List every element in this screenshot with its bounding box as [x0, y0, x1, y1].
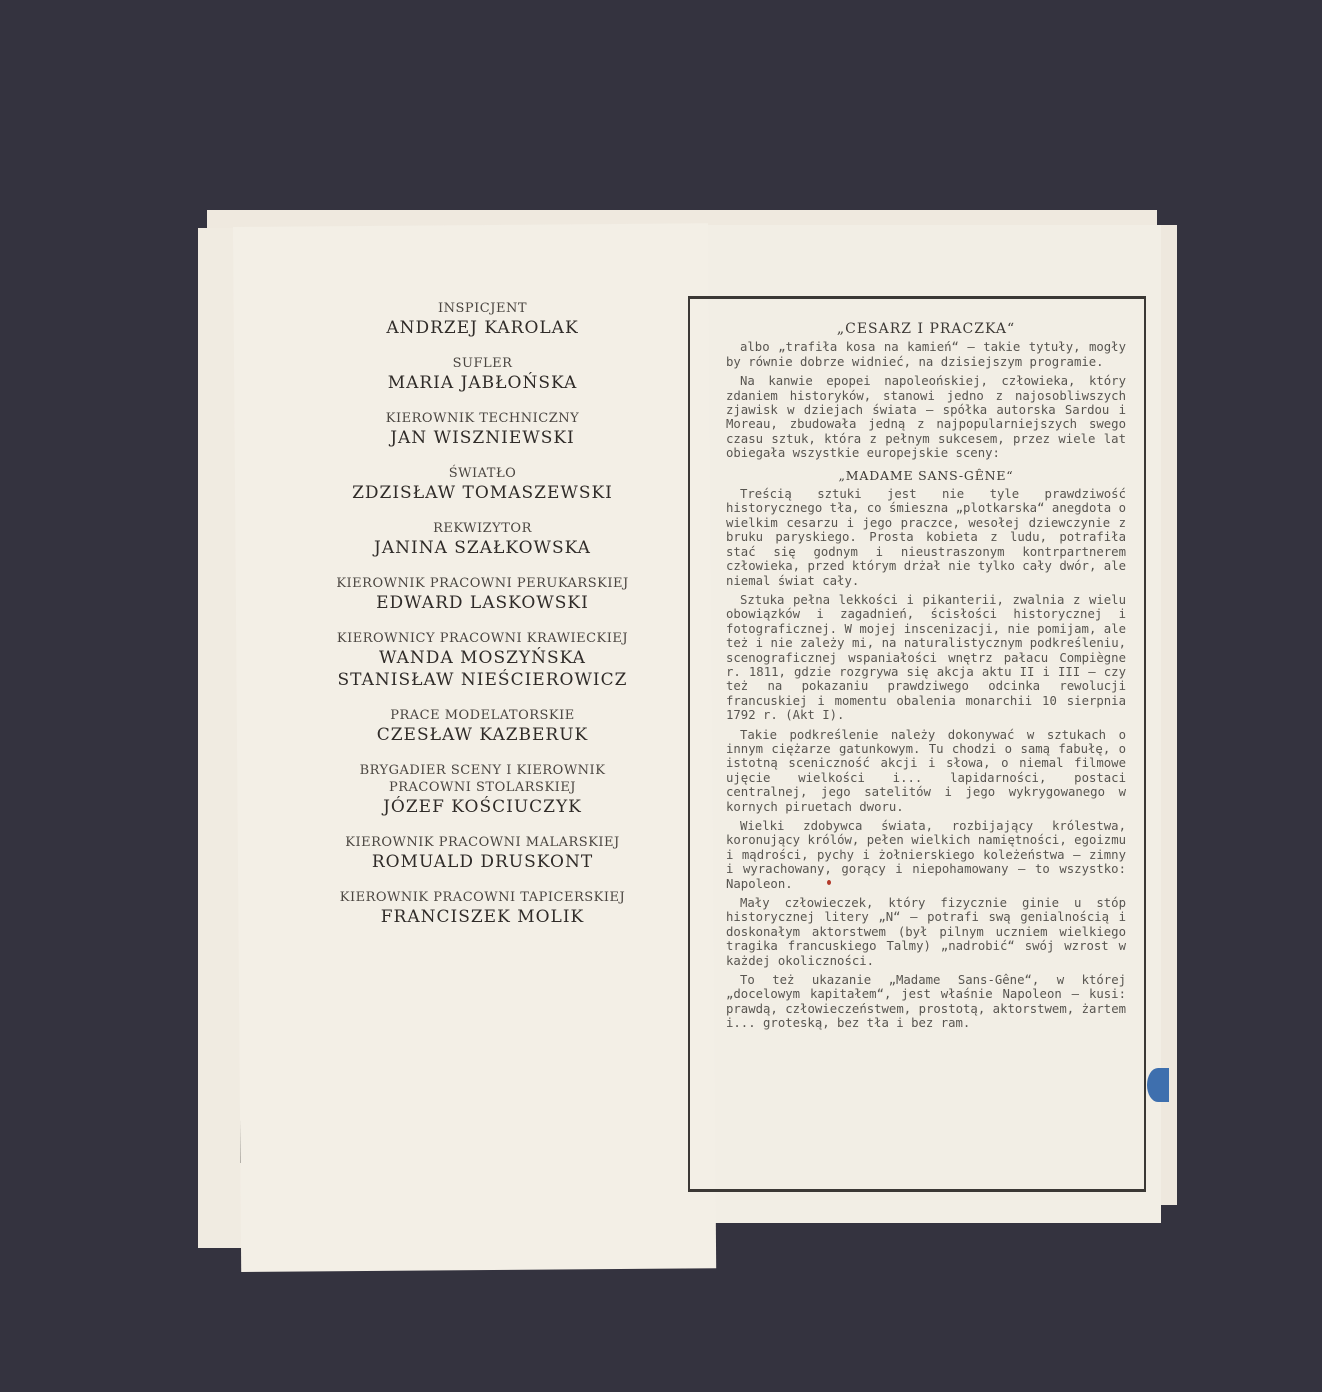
- credit-name: CZESŁAW KAZBERUK: [270, 724, 695, 746]
- credit-role: KIEROWNIK PRACOWNI PERUKARSKIEJ: [270, 575, 695, 592]
- credit-name: MARIA JABŁOŃSKA: [270, 372, 695, 394]
- article-paragraph: To też ukazanie „Madame Sans-Gêne“, w kt…: [726, 973, 1126, 1031]
- credit-name: WANDA MOSZYŃSKA: [270, 647, 695, 669]
- credit-role: KIEROWNIK PRACOWNI TAPICERSKIEJ: [270, 889, 695, 906]
- credit-item: ŚWIATŁO ZDZISŁAW TOMASZEWSKI: [270, 465, 695, 504]
- credit-item: KIEROWNIK TECHNICZNY JAN WISZNIEWSKI: [270, 410, 695, 449]
- credit-item: BRYGADIER SCENY I KIEROWNIK PRACOWNI STO…: [270, 762, 695, 818]
- credit-item: SUFLER MARIA JABŁOŃSKA: [270, 355, 695, 394]
- credit-name: STANISŁAW NIEŚCIEROWICZ: [270, 669, 695, 691]
- credit-name: JAN WISZNIEWSKI: [270, 427, 695, 449]
- credit-role: PRACE MODELATORSKIE: [270, 707, 695, 724]
- article-paragraph: Sztuka pełna lekkości i pikanterii, zwal…: [726, 593, 1126, 723]
- credit-item: KIEROWNIK PRACOWNI PERUKARSKIEJ EDWARD L…: [270, 575, 695, 614]
- article-subtitle: „MADAME SANS-GÊNE“: [726, 469, 1126, 483]
- credit-name: ROMUALD DRUSKONT: [270, 851, 695, 873]
- article-title: „CESARZ I PRACZKA“: [726, 322, 1126, 336]
- credit-name: JÓZEF KOŚCIUCZYK: [270, 796, 695, 818]
- credit-role: KIEROWNICY PRACOWNI KRAWIECKIEJ: [270, 630, 695, 647]
- article-paragraph: Mały człowieczek, który fizycznie ginie …: [726, 896, 1126, 968]
- red-speck: [827, 880, 831, 885]
- credit-role: KIEROWNIK TECHNICZNY: [270, 410, 695, 427]
- article-paragraph: albo „trafiła kosa na kamień“ — takie ty…: [726, 340, 1126, 369]
- credit-name: ZDZISŁAW TOMASZEWSKI: [270, 482, 695, 504]
- article-paragraph: Takie podkreślenie należy dokonywać w sz…: [726, 728, 1126, 814]
- credit-role: BRYGADIER SCENY I KIEROWNIK PRACOWNI STO…: [270, 762, 695, 796]
- credit-item: KIEROWNIK PRACOWNI TAPICERSKIEJ FRANCISZ…: [270, 889, 695, 928]
- credit-item: PRACE MODELATORSKIE CZESŁAW KAZBERUK: [270, 707, 695, 746]
- credit-name: FRANCISZEK MOLIK: [270, 906, 695, 928]
- credit-name: ANDRZEJ KAROLAK: [270, 317, 695, 339]
- credit-role: KIEROWNIK PRACOWNI MALARSKIEJ: [270, 834, 695, 851]
- credit-role: REKWIZYTOR: [270, 520, 695, 537]
- article-paragraph: Na kanwie epopei napoleońskiej, człowiek…: [726, 374, 1126, 460]
- credit-name: JANINA SZAŁKOWSKA: [270, 537, 695, 559]
- ink-stain: [1147, 1068, 1169, 1102]
- credit-role: ŚWIATŁO: [270, 465, 695, 482]
- credit-role: INSPICJENT: [270, 300, 695, 317]
- credit-item: REKWIZYTOR JANINA SZAŁKOWSKA: [270, 520, 695, 559]
- article-paragraph: Treścią sztuki jest nie tyle prawdziwość…: [726, 487, 1126, 588]
- credits-list: INSPICJENT ANDRZEJ KAROLAK SUFLER MARIA …: [270, 300, 695, 944]
- article-paragraph: Wielki zdobywca świata, rozbijający król…: [726, 819, 1126, 891]
- article: „CESARZ I PRACZKA“ albo „trafiła kosa na…: [726, 322, 1126, 1036]
- credit-item: INSPICJENT ANDRZEJ KAROLAK: [270, 300, 695, 339]
- credit-item: KIEROWNIK PRACOWNI MALARSKIEJ ROMUALD DR…: [270, 834, 695, 873]
- credit-name: EDWARD LASKOWSKI: [270, 592, 695, 614]
- credit-role: SUFLER: [270, 355, 695, 372]
- credit-item: KIEROWNICY PRACOWNI KRAWIECKIEJ WANDA MO…: [270, 630, 695, 691]
